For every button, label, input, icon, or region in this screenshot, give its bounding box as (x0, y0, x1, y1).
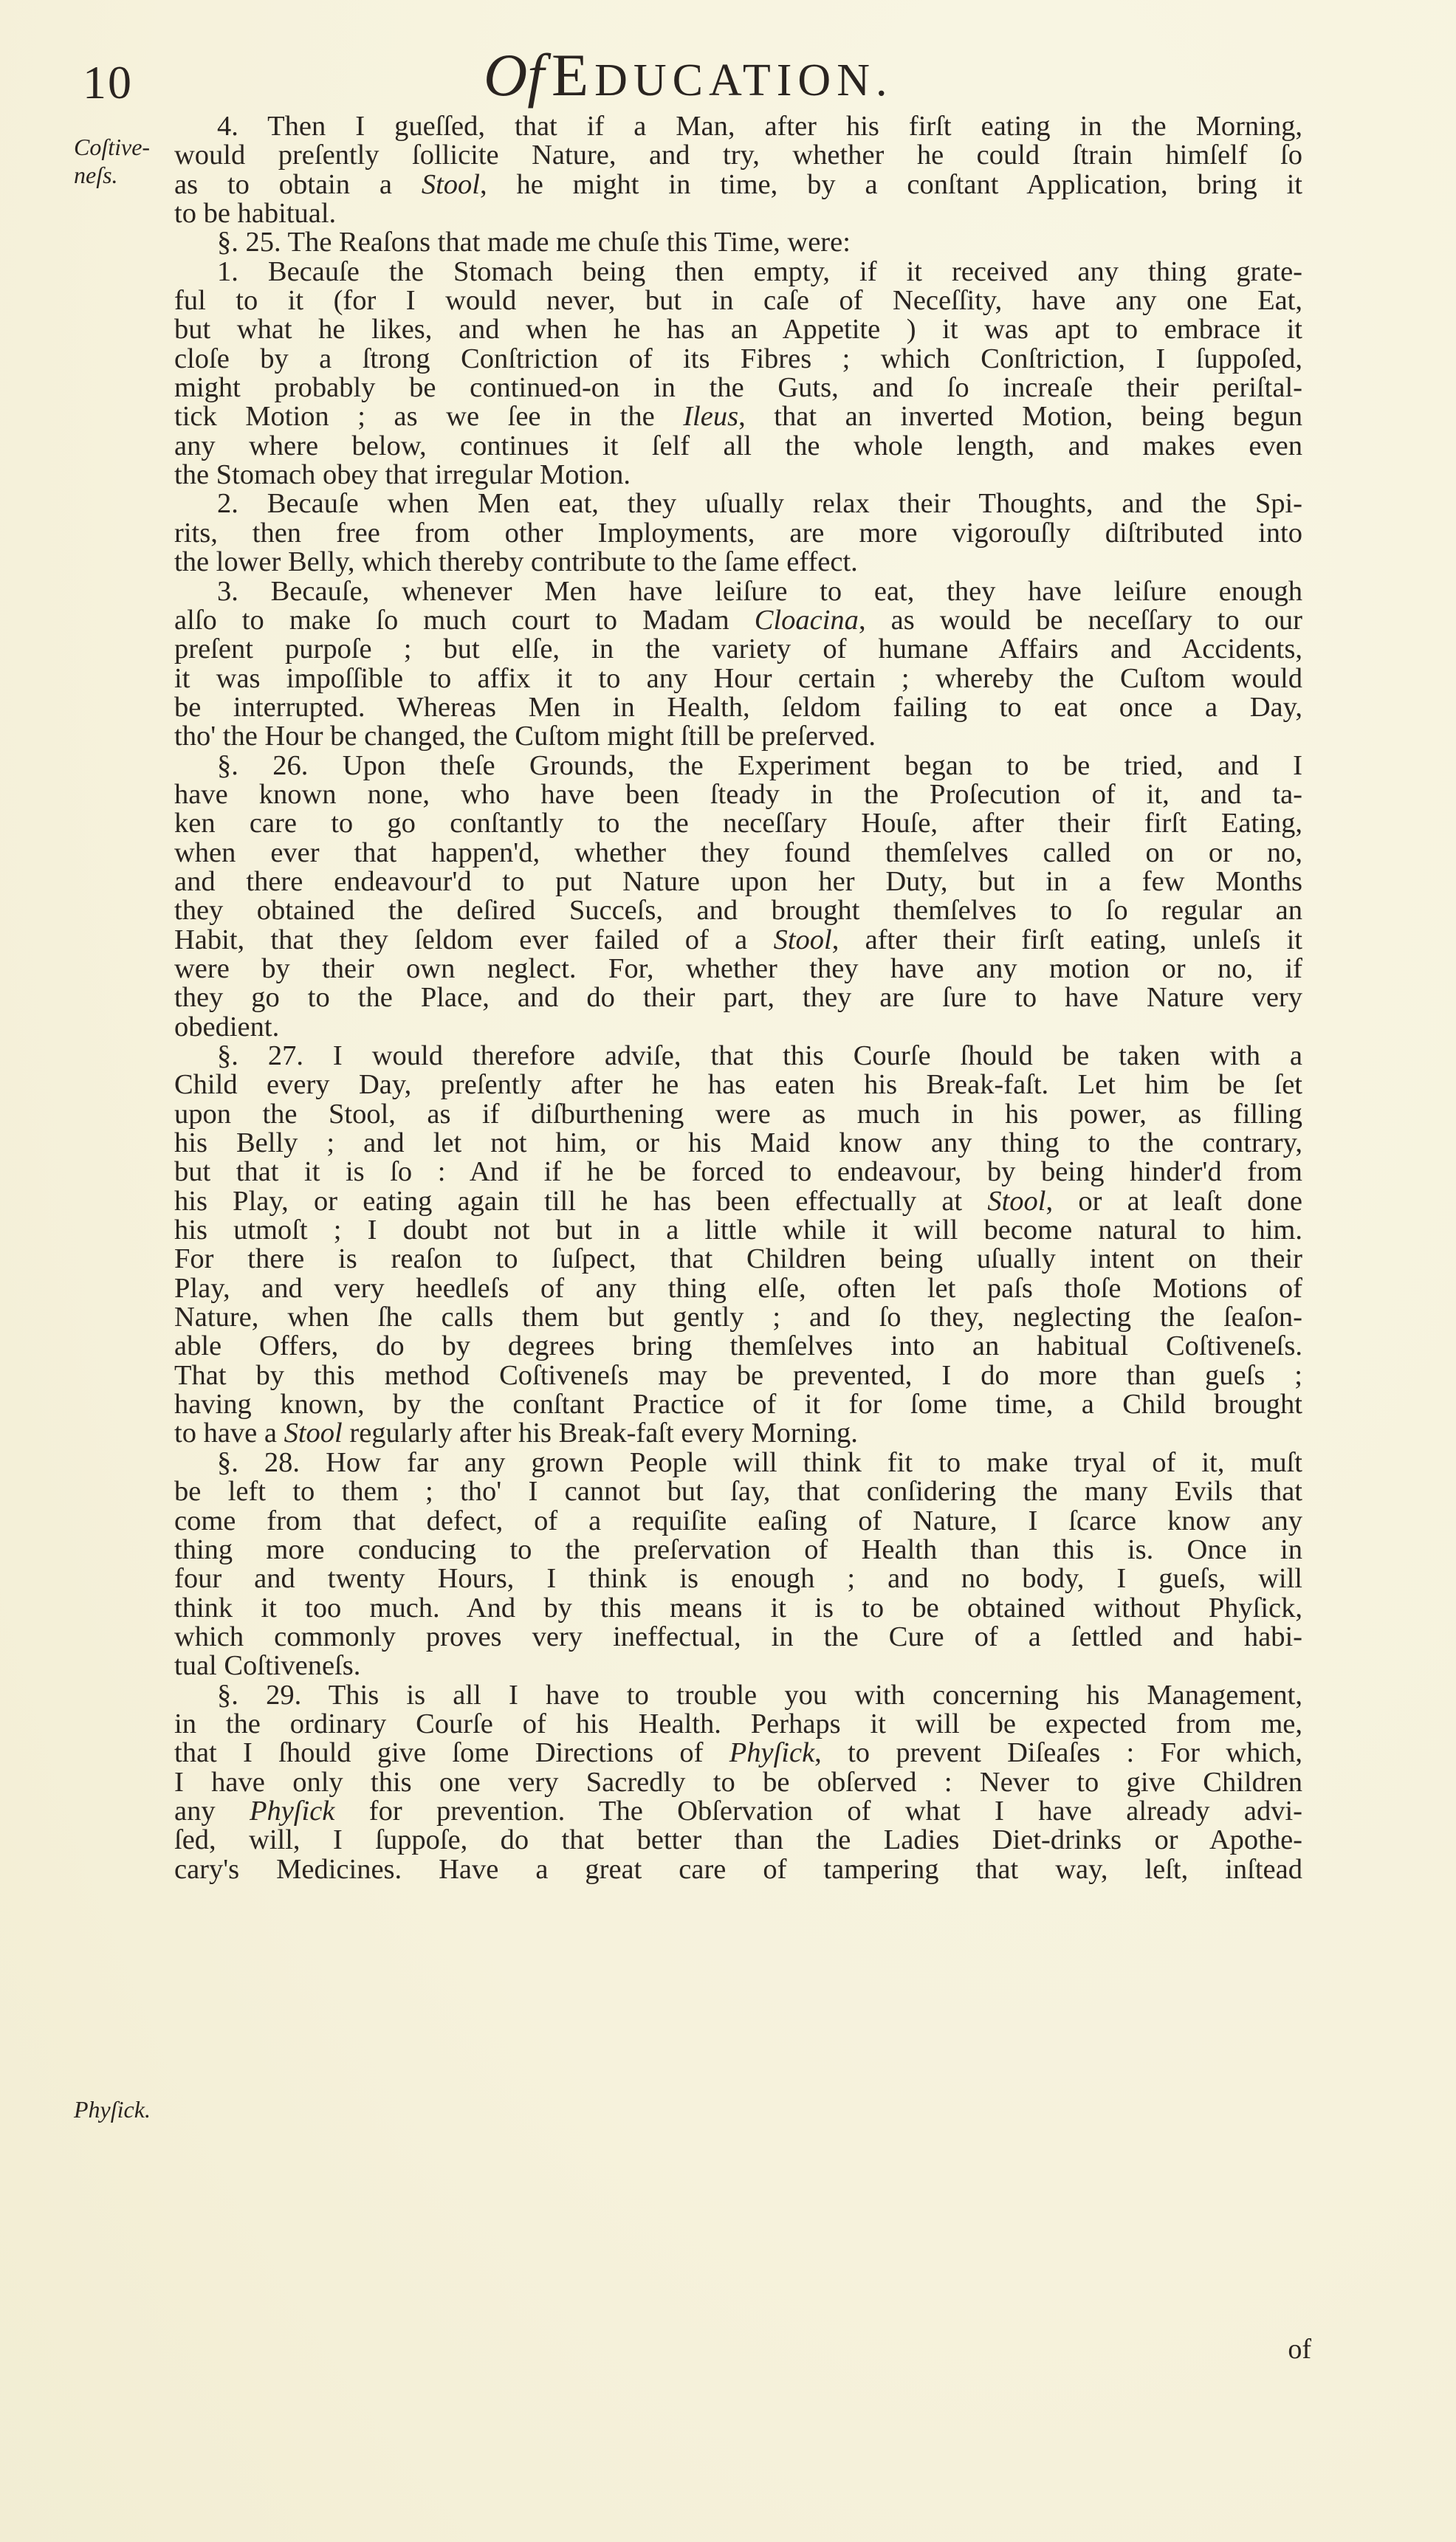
text-line: upon the Stool, as if diſburthening were… (174, 1100, 1302, 1129)
text-line: 1. Becauſe the Stomach being then empty,… (174, 258, 1302, 286)
text-line: think it too much. And by this means it … (174, 1594, 1302, 1623)
text-line: tual Coſtiveneſs. (174, 1652, 1302, 1680)
running-title-of: Of (484, 41, 544, 109)
text-line: obedient. (174, 1013, 1302, 1042)
text-line: they obtained the deſired Succeſs, and b… (174, 896, 1302, 925)
text-line: would preſently ſollicite Nature, and tr… (174, 141, 1302, 170)
running-title: OfEDUCATION. (484, 41, 893, 110)
book-page: 10 OfEDUCATION. Coſtive- neſs. Phyſick. … (0, 0, 1456, 2542)
text-line: might probably be continued-on in the Gu… (174, 374, 1302, 402)
italic-term: Ileus (683, 401, 738, 432)
margin-note-line: Coſtive- (74, 133, 177, 161)
text-line: which commonly proves very ineffectual, … (174, 1623, 1302, 1652)
text-line: but that it is ſo : And if he be forced … (174, 1158, 1302, 1186)
text-line: For there is reaſon to ſuſpect, that Chi… (174, 1245, 1302, 1274)
text-line: tick Motion ; as we ſee in the Ileus, th… (174, 402, 1302, 431)
paragraph-p4: 4. Then I gueſſed, that if a Man, after … (174, 112, 1302, 228)
text-line: four and twenty Hours, I think is enough… (174, 1564, 1302, 1593)
margin-note-line: neſs. (74, 161, 177, 189)
italic-term: Stool (987, 1186, 1045, 1217)
text-line: §. 26. Upon theſe Grounds, the Experimen… (174, 752, 1302, 780)
paragraph-s26: §. 26. Upon theſe Grounds, the Experimen… (174, 752, 1302, 1042)
text-line: when ever that happen'd, whether they fo… (174, 839, 1302, 868)
text-line: but what he likes, and when he has an Ap… (174, 315, 1302, 344)
text-line: 4. Then I gueſſed, that if a Man, after … (174, 112, 1302, 141)
italic-term: Phyſick (250, 1796, 334, 1827)
margin-note-costiveness: Coſtive- neſs. (74, 133, 177, 189)
paragraph-r1: 1. Becauſe the Stomach being then empty,… (174, 258, 1302, 490)
text-line: come from that defect, of a requiſite ea… (174, 1507, 1302, 1536)
text-line: the lower Belly, which thereby contribut… (174, 548, 1302, 577)
text-line: his Belly ; and let not him, or his Maid… (174, 1129, 1302, 1158)
text-line: the Stomach obey that irregular Motion. (174, 461, 1302, 489)
text-line: §. 27. I would therefore adviſe, that th… (174, 1042, 1302, 1071)
text-line: Habit, that they ſeldom ever failed of a… (174, 926, 1302, 955)
italic-term: Cloacina (755, 605, 859, 636)
text-line: cloſe by a ſtrong Conſtriction of its Fi… (174, 345, 1302, 374)
text-line: ful to it (for I would never, but in caſ… (174, 286, 1302, 315)
text-line: ken care to go conſtantly to the neceſſa… (174, 809, 1302, 838)
paragraph-s25: §. 25. The Reaſons that made me chuſe th… (174, 228, 1302, 257)
text-line: to be habitual. (174, 199, 1302, 228)
text-line: alſo to make ſo much court to Madam Cloa… (174, 606, 1302, 635)
page-number: 10 (83, 55, 133, 110)
text-line: That by this method Coſtiveneſs may be p… (174, 1361, 1302, 1390)
text-line: preſent purpoſe ; but elſe, in the varie… (174, 635, 1302, 664)
text-line: tho' the Hour be changed, the Cuſtom mig… (174, 722, 1302, 751)
italic-term: Stool (284, 1418, 343, 1449)
text-line: thing more conducing to the preſervation… (174, 1536, 1302, 1564)
text-line: §. 25. The Reaſons that made me chuſe th… (174, 228, 1302, 257)
italic-term: Stool (774, 924, 832, 955)
text-line: and there endeavour'd to put Nature upon… (174, 868, 1302, 896)
text-line: have known none, who have been ſteady in… (174, 780, 1302, 809)
text-line: in the ordinary Courſe of his Health. Pe… (174, 1710, 1302, 1739)
italic-term: Stool (422, 169, 480, 200)
paragraph-r3: 3. Becauſe, whenever Men have leiſure to… (174, 577, 1302, 752)
text-line: they go to the Place, and do their part,… (174, 983, 1302, 1012)
text-line: any Phyſick for prevention. The Obſervat… (174, 1797, 1302, 1826)
running-title-initial: E (552, 41, 594, 109)
text-line: cary's Medicines. Have a great care of t… (174, 1855, 1302, 1884)
text-line: as to obtain a Stool, he might in time, … (174, 171, 1302, 199)
text-line: having known, by the conſtant Practice o… (174, 1390, 1302, 1419)
text-line: Child every Day, preſently after he has … (174, 1071, 1302, 1099)
text-line: §. 28. How far any grown People will thi… (174, 1449, 1302, 1477)
text-line: Play, and very heedleſs of any thing elſ… (174, 1274, 1302, 1303)
text-line: 3. Becauſe, whenever Men have leiſure to… (174, 577, 1302, 606)
text-line: were by their own neglect. For, whether … (174, 955, 1302, 983)
paragraph-r2: 2. Becauſe when Men eat, they uſually re… (174, 489, 1302, 577)
text-line: be left to them ; tho' I cannot but ſay,… (174, 1477, 1302, 1506)
paragraph-s28: §. 28. How far any grown People will thi… (174, 1449, 1302, 1681)
text-line: I have only this one very Sacredly to be… (174, 1768, 1302, 1797)
text-line: §. 29. This is all I have to trouble you… (174, 1681, 1302, 1710)
text-line: 2. Becauſe when Men eat, they uſually re… (174, 489, 1302, 518)
body-text: 4. Then I gueſſed, that if a Man, after … (174, 112, 1302, 1884)
text-line: rits, then free from other Imployments, … (174, 519, 1302, 548)
italic-term: Phyſick (729, 1737, 814, 1768)
text-line: it was impoſſible to affix it to any Hou… (174, 664, 1302, 693)
margin-note-line: Phyſick. (74, 2095, 177, 2123)
text-line: Nature, when ſhe calls them but gently ;… (174, 1303, 1302, 1332)
text-line: that I ſhould give ſome Directions of Ph… (174, 1739, 1302, 1768)
text-line: able Offers, do by degrees bring themſel… (174, 1332, 1302, 1361)
text-line: any where below, continues it ſelf all t… (174, 432, 1302, 461)
text-line: ſed, will, I ſuppoſe, do that better tha… (174, 1826, 1302, 1855)
text-line: his Play, or eating again till he has be… (174, 1187, 1302, 1216)
text-line: be interrupted. Whereas Men in Health, ſ… (174, 693, 1302, 722)
catchword: of (1288, 2333, 1311, 2366)
running-title-rest: DUCATION. (594, 55, 893, 106)
paragraph-s27: §. 27. I would therefore adviſe, that th… (174, 1042, 1302, 1449)
paragraph-s29: §. 29. This is all I have to trouble you… (174, 1681, 1302, 1884)
text-line: his utmoſt ; I doubt not but in a little… (174, 1216, 1302, 1245)
text-line: to have a Stool regularly after his Brea… (174, 1419, 1302, 1448)
margin-note-physick: Phyſick. (74, 2095, 177, 2123)
